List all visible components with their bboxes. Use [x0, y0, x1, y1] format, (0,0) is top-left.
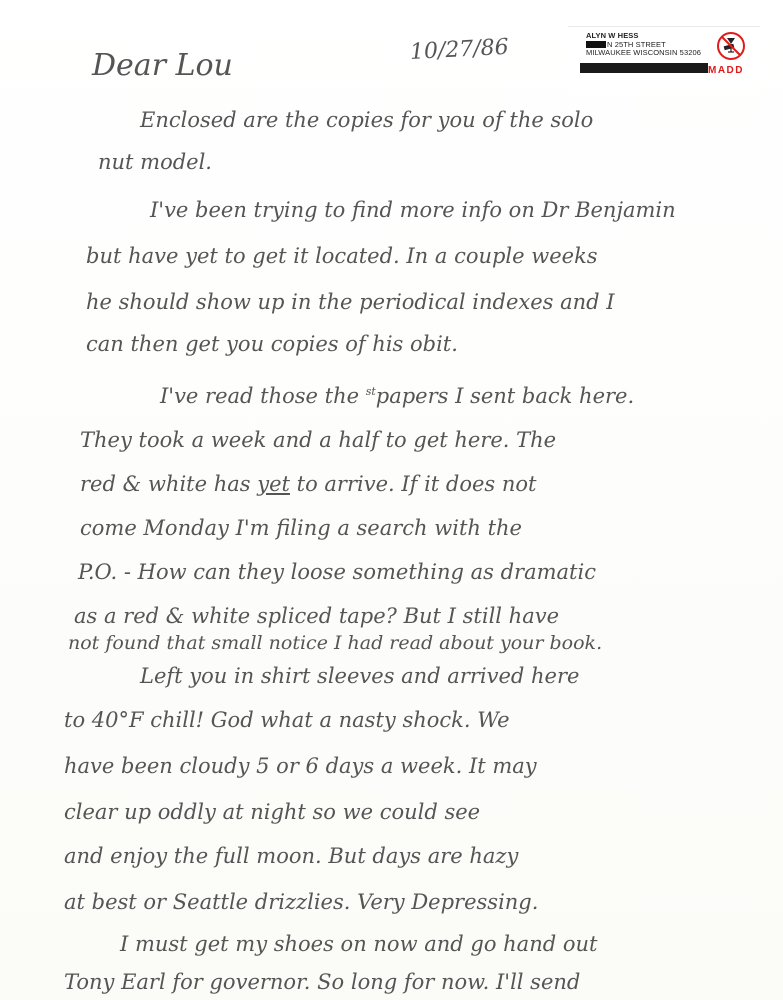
letter-line: can then get you copies of his obit.: [86, 332, 458, 356]
sender-city: MILWAUKEE WISCONSIN 53206: [586, 49, 701, 58]
letter-line: I must get my shoes on now and go hand o…: [120, 932, 597, 956]
letter-line: to 40°F chill! God what a nasty shock. W…: [64, 708, 510, 732]
letter-line: red & white has yet to arrive. If it doe…: [80, 472, 537, 496]
letter-line: Tony Earl for governor. So long for now.…: [64, 970, 580, 994]
letter-line: not found that small notice I had read a…: [68, 632, 602, 654]
redaction-bar: [586, 41, 606, 48]
letter-line: come Monday I'm filing a search with the: [80, 516, 522, 540]
letter-line: P.O. - How can they loose something as d…: [78, 560, 596, 584]
letter-line: and enjoy the full moon. But days are ha…: [64, 844, 518, 868]
letter-line: Enclosed are the copies for you of the s…: [140, 108, 593, 132]
letter-line: but have yet to get it located. In a cou…: [86, 244, 598, 268]
madd-logo-text: MADD: [708, 65, 744, 76]
sender-address: ALYN W HESS N 25TH STREET MILWAUKEE WISC…: [586, 32, 701, 58]
no-drinking-icon: [716, 31, 746, 61]
salutation: Dear Lou: [92, 48, 233, 83]
letter-page: ALYN W HESS N 25TH STREET MILWAUKEE WISC…: [0, 0, 783, 1000]
letter-line: I've been trying to find more info on Dr…: [150, 198, 676, 222]
letter-date: 10/27/86: [409, 35, 509, 65]
letter-line: I've read those the stpapers I sent back…: [160, 384, 634, 408]
address-label: ALYN W HESS N 25TH STREET MILWAUKEE WISC…: [568, 26, 760, 89]
redacted-barcode: [580, 63, 708, 73]
letter-line: nut model.: [98, 150, 212, 174]
letter-line: clear up oddly at night so we could see: [64, 800, 480, 824]
letter-line: They took a week and a half to get here.…: [80, 428, 556, 452]
letter-line: as a red & white spliced tape? But I sti…: [74, 604, 559, 628]
letter-line: Left you in shirt sleeves and arrived he…: [140, 664, 579, 688]
letter-line: at best or Seattle drizzlies. Very Depre…: [64, 890, 538, 914]
letter-line: he should show up in the periodical inde…: [86, 290, 615, 314]
letter-line: have been cloudy 5 or 6 days a week. It …: [64, 754, 537, 778]
